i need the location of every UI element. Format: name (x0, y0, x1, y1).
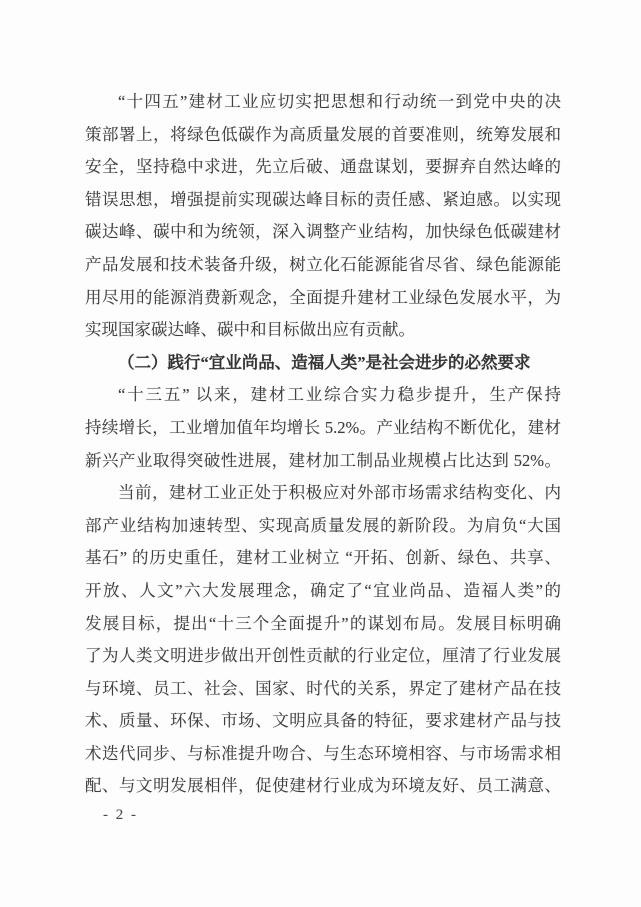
text-line: 与环境、员工、社会、国家、时代的关系，界定了建材产品在技 (85, 673, 561, 706)
text-line: 开放、人文”六大发展理念，确定了“宜业尚品、造福人类”的 (85, 575, 561, 608)
page-body-text: “十四五”建材工业应切实把思想和行动统一到党中央的决策部署上，将绿色低碳作为高质… (85, 86, 561, 803)
text-line: 发展目标，提出“十三个全面提升”的谋划布局。发展目标明确 (85, 608, 561, 641)
text-line: 用尽用的能源消费新观念，全面提升建材工业绿色发展水平，为 (85, 282, 561, 315)
text-line: 实现国家碳达峰、碳中和目标做出应有贡献。 (85, 314, 561, 347)
text-line: 部产业结构加速转型、实现高质量发展的新阶段。为肩负“大国 (85, 510, 561, 543)
text-line: 配、与文明发展相伴，促使建材行业成为环境友好、员工满意、 (85, 770, 561, 803)
text-line: 当前，建材工业正处于积极应对外部市场需求结构变化、内 (85, 477, 561, 510)
text-line: 术、质量、环保、市场、文明应具备的特征，要求建材产品与技 (85, 705, 561, 738)
text-line: “十四五”建材工业应切实把思想和行动统一到党中央的决 (85, 86, 561, 119)
text-line: 错误思想，增强提前实现碳达峰目标的责任感、紧迫感。以实现 (85, 184, 561, 217)
text-line: 安全，坚持稳中求进，先立后破、通盘谋划，要摒弃自然达峰的 (85, 151, 561, 184)
section-heading-line: （二）践行“宜业尚品、造福人类”是社会进步的必然要求 (85, 347, 561, 380)
text-line: 新兴产业取得突破性进展，建材加工制品业规模占比达到 52%。 (85, 445, 561, 478)
text-line: 了为人类文明进步做出开创性贡献的行业定位，厘清了行业发展 (85, 640, 561, 673)
text-line: 持续增长，工业增加值年均增长 5.2%。产业结构不断优化，建材 (85, 412, 561, 445)
text-line: 基石” 的历史重任，建材工业树立 “开拓、创新、绿色、共享、 (85, 542, 561, 575)
document-page: “十四五”建材工业应切实把思想和行动统一到党中央的决策部署上，将绿色低碳作为高质… (0, 0, 641, 907)
text-line: 产品发展和技术装备升级，树立化石能源能省尽省、绿色能源能 (85, 249, 561, 282)
page-number: - 2 - (103, 804, 138, 826)
text-line: 术迭代同步、与标准提升吻合、与生态环境相容、与市场需求相 (85, 738, 561, 771)
text-line: 碳达峰、碳中和为统领，深入调整产业结构，加快绿色低碳建材 (85, 216, 561, 249)
text-line: 策部署上，将绿色低碳作为高质量发展的首要准则，统筹发展和 (85, 119, 561, 152)
text-line: “十三五” 以来，建材工业综合实力稳步提升，生产保持 (85, 379, 561, 412)
